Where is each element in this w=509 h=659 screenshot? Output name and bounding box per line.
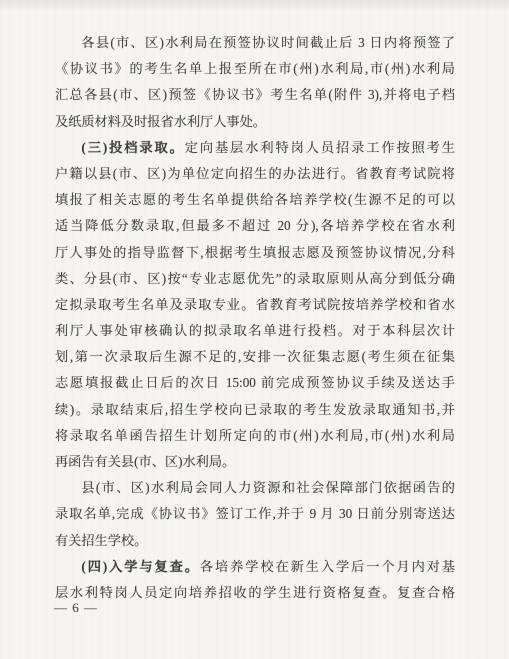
text-line: 及纸质材料及时报省水利厅人事处。 (55, 109, 455, 135)
text-line: 县(市、区)水利局会同人力资源和社会保障部门依据函告的 (55, 475, 455, 501)
line-text: 各培养学校在新生入学后一个月内对基 (200, 559, 455, 574)
text-line: 汇总各县(市、区)预签《协议书》考生名单(附件 3),并将电子档 (55, 82, 455, 108)
line-text: 定拟录取考生名单及录取专业。省教育考试院按培养学校和省水 (55, 297, 455, 312)
text-line: 《协议书》的考生名单上报至所在市(州)水利局,市(州)水利局 (55, 56, 455, 82)
text-line: 续)。录取结束后,招生学校向已录取的考生发放录取通知书,并 (55, 397, 455, 423)
line-text: 适当降低分数录取,但最多不超过 20 分),各培养学校在省水利 (55, 218, 455, 233)
line-text: 志愿填报截止日后的次日 15:00 前完成预签协议手续及送达手 (55, 375, 455, 390)
text-line: 层水利特岗人员定向培养招收的学生进行资格复查。复查合格 (55, 580, 455, 606)
text-line: 类、分县(市、区)按“专业志愿优先”的录取原则从高分到低分确 (55, 266, 455, 292)
text-line: 适当降低分数录取,但最多不超过 20 分),各培养学校在省水利 (55, 213, 455, 239)
text-line: 厅人事处的指导监督下,根据考生填报志愿及预签协议情况,分科 (55, 240, 455, 266)
line-text: 利厅人事处审核确认的拟录取名单进行投档。对于本科层次计 (55, 323, 455, 338)
text-line: 利厅人事处审核确认的拟录取名单进行投档。对于本科层次计 (55, 318, 455, 344)
text-line: (三)投档录取。定向基层水利特岗人员招录工作按照考生 (55, 135, 455, 161)
line-text: 续)。录取结束后,招生学校向已录取的考生发放录取通知书,并 (55, 402, 455, 417)
line-text: 再函告有关县(市、区)水利局。 (55, 454, 235, 469)
line-text: 户籍以县(市、区)为单位定向招生的办法进行。省教育考试院将 (55, 166, 455, 181)
text-line: 将录取名单函告招生计划所定向的市(州)水利局,市(州)水利局 (55, 423, 455, 449)
line-bold-heading: (四)入学与复查。 (81, 559, 200, 574)
line-text: 县(市、区)水利局会同人力资源和社会保障部门依据函告的 (81, 480, 455, 495)
text-line: 定拟录取考生名单及录取专业。省教育考试院按培养学校和省水 (55, 292, 455, 318)
text-line: (四)入学与复查。各培养学校在新生入学后一个月内对基 (55, 554, 455, 580)
text-line: 志愿填报截止日后的次日 15:00 前完成预签协议手续及送达手 (55, 370, 455, 396)
line-text: 定向基层水利特岗人员招录工作按照考生 (185, 140, 455, 155)
text-line: 录取名单,完成《协议书》签订工作,并于 9 月 30 日前分别寄送达 (55, 501, 455, 527)
line-text: 将录取名单函告招生计划所定向的市(州)水利局,市(州)水利局 (55, 428, 455, 443)
text-line: 户籍以县(市、区)为单位定向招生的办法进行。省教育考试院将 (55, 161, 455, 187)
text-line: 填报了相关志愿的考生名单提供给各培养学校(生源不足的可以 (55, 187, 455, 213)
line-text: 类、分县(市、区)按“专业志愿优先”的录取原则从高分到低分确 (55, 271, 455, 286)
document-body: 各县(市、区)水利局在预签协议时间截止后 3 日内将预签了《协议书》的考生名单上… (55, 30, 455, 606)
line-text: 填报了相关志愿的考生名单提供给各培养学校(生源不足的可以 (55, 192, 455, 207)
text-line: 划,第一次录取后生源不足的,安排一次征集志愿(考生须在征集 (55, 344, 455, 370)
page-number: — 6 — (54, 595, 98, 621)
line-text: 及纸质材料及时报省水利厅人事处。 (55, 114, 266, 129)
line-bold-heading: (三)投档录取。 (81, 140, 184, 155)
scanned-document-page: 各县(市、区)水利局在预签协议时间截止后 3 日内将预签了《协议书》的考生名单上… (0, 0, 509, 659)
line-text: 有关招生学校。 (55, 533, 147, 548)
line-text: 层水利特岗人员定向培养招收的学生进行资格复查。复查合格 (55, 585, 455, 600)
line-text: 厅人事处的指导监督下,根据考生填报志愿及预签协议情况,分科 (55, 245, 455, 260)
line-text: 《协议书》的考生名单上报至所在市(州)水利局,市(州)水利局 (55, 61, 455, 76)
line-text: 录取名单,完成《协议书》签订工作,并于 9 月 30 日前分别寄送达 (55, 506, 455, 521)
line-text: 划,第一次录取后生源不足的,安排一次征集志愿(考生须在征集 (55, 349, 455, 364)
text-line: 再函告有关县(市、区)水利局。 (55, 449, 455, 475)
text-line: 有关招生学校。 (55, 528, 455, 554)
line-text: 汇总各县(市、区)预签《协议书》考生名单(附件 3),并将电子档 (55, 87, 455, 102)
line-text: 各县(市、区)水利局在预签协议时间截止后 3 日内将预签了 (81, 35, 455, 50)
text-line: 各县(市、区)水利局在预签协议时间截止后 3 日内将预签了 (55, 30, 455, 56)
